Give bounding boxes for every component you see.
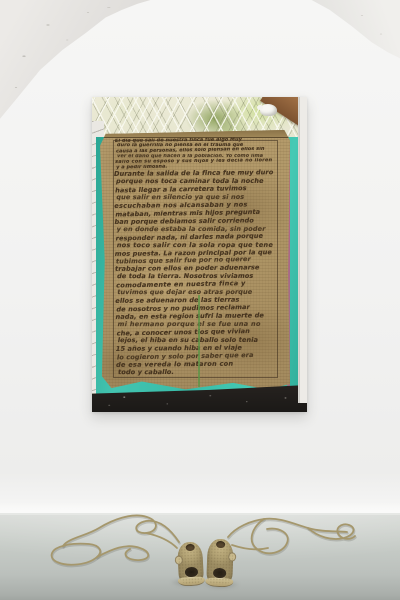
white-dove bbox=[260, 104, 277, 116]
sandal-right-toe-opening bbox=[213, 568, 226, 578]
sandal-left-toe-opening bbox=[184, 567, 198, 578]
sandal-left-ankle-opening bbox=[185, 544, 194, 551]
handwritten-line: ver el daño que hacen a la poblacion. Yo… bbox=[117, 153, 281, 158]
handwritten-line: que salir en silencio ya que si nos bbox=[116, 194, 280, 202]
white-post-right bbox=[298, 97, 307, 403]
wall-floor-seam bbox=[0, 513, 400, 515]
burlap-handwriting-intro: El dia que sali de nuestra finca fue alg… bbox=[115, 137, 279, 170]
photograph-artwork: El dia que sali de nuestra finca fue alg… bbox=[92, 97, 307, 412]
wall-base-highlight bbox=[0, 502, 400, 513]
green-thread-line bbox=[198, 295, 200, 387]
handwritten-line: todo y caballo. bbox=[118, 369, 282, 377]
handwritten-line: nos toco salir con la sola ropa que tene bbox=[117, 241, 281, 249]
jute-sack: El dia que sali de nuestra finca fue alg… bbox=[100, 130, 290, 392]
burlap-handwriting-body: Durante la salida de la finca fue muy du… bbox=[114, 169, 280, 377]
sandal-left-side-tab bbox=[175, 555, 183, 564]
sandal-left bbox=[177, 541, 204, 584]
gallery-scene: El dia que sali de nuestra finca fue alg… bbox=[0, 0, 400, 600]
sandal-right bbox=[206, 539, 234, 586]
sandal-right-ankle-opening bbox=[216, 541, 225, 548]
